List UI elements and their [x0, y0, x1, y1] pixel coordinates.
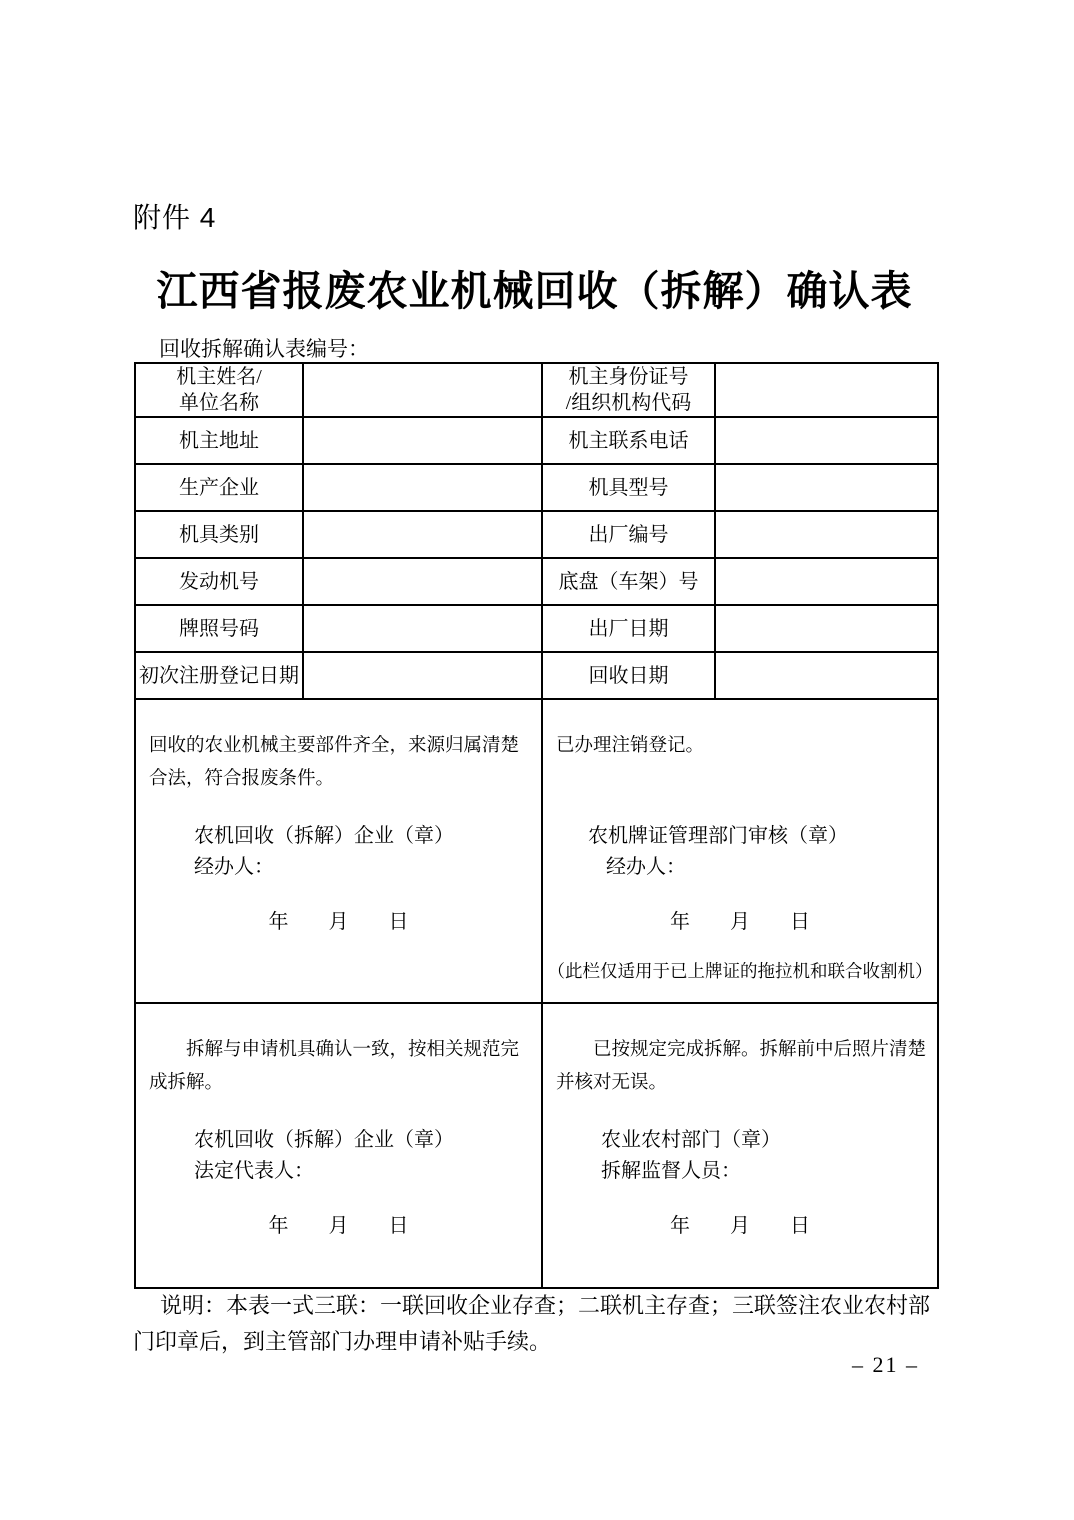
table-row: 牌照号码 出厂日期	[135, 605, 938, 652]
plate-number-label: 牌照号码	[135, 605, 303, 652]
confirmation-form-table: 机主姓名/ 单位名称 机主身份证号 /组织机构代码 机主地址 机主联系电话 生产…	[134, 362, 939, 1289]
license-authority-statement: 已办理注销登记。	[556, 730, 929, 763]
owner-address-label: 机主地址	[135, 417, 303, 464]
dismantle-enterprise-statement: 拆解与申请机具确认一致，按相关规范完 成拆解。	[149, 1034, 533, 1100]
license-authority-stamp-line: 农机牌证管理部门审核（章）	[588, 821, 933, 852]
factory-date-value	[715, 605, 938, 652]
agriculture-department-statement: 已按规定完成拆解。拆解前中后照片清楚 并核对无误。	[556, 1034, 929, 1100]
dismantle-enterprise-stamp-block: 农机回收（拆解）企业（章） 法定代表人：	[194, 1125, 537, 1187]
table-row: 生产企业 机具型号	[135, 464, 938, 511]
recycle-enterprise-date-line: 年 月 日	[136, 905, 541, 934]
page-title: 江西省报废农业机械回收（拆解）确认表	[133, 258, 936, 317]
factory-number-value	[715, 511, 938, 558]
owner-name-value	[303, 363, 542, 417]
engine-number-label: 发动机号	[135, 558, 303, 605]
owner-id-value	[715, 363, 938, 417]
dismantle-enterprise-date-line: 年 月 日	[136, 1209, 541, 1238]
factory-number-label: 出厂编号	[542, 511, 715, 558]
table-row: 初次注册登记日期 回收日期	[135, 652, 938, 699]
factory-date-label: 出厂日期	[542, 605, 715, 652]
license-authority-cell: 已办理注销登记。 农机牌证管理部门审核（章） 经办人： 年 月 日 （此栏仅适用…	[542, 699, 938, 1003]
recycle-confirmation-row: 回收的农业机械主要部件齐全，来源归属清楚 合法，符合报废条件。 农机回收（拆解）…	[135, 699, 938, 1003]
agriculture-department-stamp-line: 农业农村部门（章）	[601, 1125, 933, 1156]
owner-phone-label: 机主联系电话	[542, 417, 715, 464]
table-row: 机具类别 出厂编号	[135, 511, 938, 558]
recycle-date-value	[715, 652, 938, 699]
first-registration-date-value	[303, 652, 542, 699]
license-authority-stamp-block: 农机牌证管理部门审核（章） 经办人：	[588, 821, 933, 883]
manufacturer-label: 生产企业	[135, 464, 303, 511]
recycle-enterprise-statement: 回收的农业机械主要部件齐全，来源归属清楚 合法，符合报废条件。	[149, 730, 533, 796]
owner-phone-value	[715, 417, 938, 464]
model-label: 机具型号	[542, 464, 715, 511]
dismantle-enterprise-stamp-line: 农机回收（拆解）企业（章）	[194, 1125, 537, 1156]
agriculture-department-date-line: 年 月 日	[543, 1209, 937, 1238]
machine-category-label: 机具类别	[135, 511, 303, 558]
agriculture-department-cell: 已按规定完成拆解。拆解前中后照片清楚 并核对无误。 农业农村部门（章） 拆解监督…	[542, 1003, 938, 1288]
recycle-enterprise-signer-line: 经办人：	[194, 852, 537, 883]
table-row: 机主姓名/ 单位名称 机主身份证号 /组织机构代码	[135, 363, 938, 417]
model-value	[715, 464, 938, 511]
owner-id-label: 机主身份证号 /组织机构代码	[542, 363, 715, 417]
table-row: 机主地址 机主联系电话	[135, 417, 938, 464]
recycle-enterprise-stamp-line: 农机回收（拆解）企业（章）	[194, 821, 537, 852]
owner-address-value	[303, 417, 542, 464]
attachment-label: 附件 4	[133, 196, 216, 236]
recycle-enterprise-cell: 回收的农业机械主要部件齐全，来源归属清楚 合法，符合报废条件。 农机回收（拆解）…	[135, 699, 542, 1003]
table-row: 发动机号 底盘（车架）号	[135, 558, 938, 605]
dismantle-enterprise-signer-line: 法定代表人：	[194, 1156, 537, 1187]
page-number: – 21 –	[852, 1352, 919, 1378]
agriculture-department-signer-line: 拆解监督人员：	[601, 1156, 933, 1187]
dismantle-confirmation-row: 拆解与申请机具确认一致，按相关规范完 成拆解。 农机回收（拆解）企业（章） 法定…	[135, 1003, 938, 1288]
recycle-enterprise-stamp-block: 农机回收（拆解）企业（章） 经办人：	[194, 821, 537, 883]
license-authority-note: （此栏仅适用于已上牌证的拖拉机和联合收割机）	[543, 958, 937, 983]
form-instructions: 说明：本表一式三联：一联回收企业存查；二联机主存查；三联签注农业农村部 门印章后…	[133, 1288, 945, 1360]
engine-number-value	[303, 558, 542, 605]
machine-category-value	[303, 511, 542, 558]
recycle-date-label: 回收日期	[542, 652, 715, 699]
license-authority-signer-line: 经办人：	[606, 852, 933, 883]
license-authority-date-line: 年 月 日	[543, 905, 937, 934]
manufacturer-value	[303, 464, 542, 511]
first-registration-date-label: 初次注册登记日期	[135, 652, 303, 699]
plate-number-value	[303, 605, 542, 652]
dismantle-enterprise-cell: 拆解与申请机具确认一致，按相关规范完 成拆解。 农机回收（拆解）企业（章） 法定…	[135, 1003, 542, 1288]
form-number-label: 回收拆解确认表编号：	[159, 333, 369, 363]
owner-name-label: 机主姓名/ 单位名称	[135, 363, 303, 417]
chassis-number-value	[715, 558, 938, 605]
agriculture-department-stamp-block: 农业农村部门（章） 拆解监督人员：	[601, 1125, 933, 1187]
chassis-number-label: 底盘（车架）号	[542, 558, 715, 605]
document-page: 附件 4 江西省报废农业机械回收（拆解）确认表 回收拆解确认表编号： 机主姓名/…	[0, 0, 1074, 1520]
